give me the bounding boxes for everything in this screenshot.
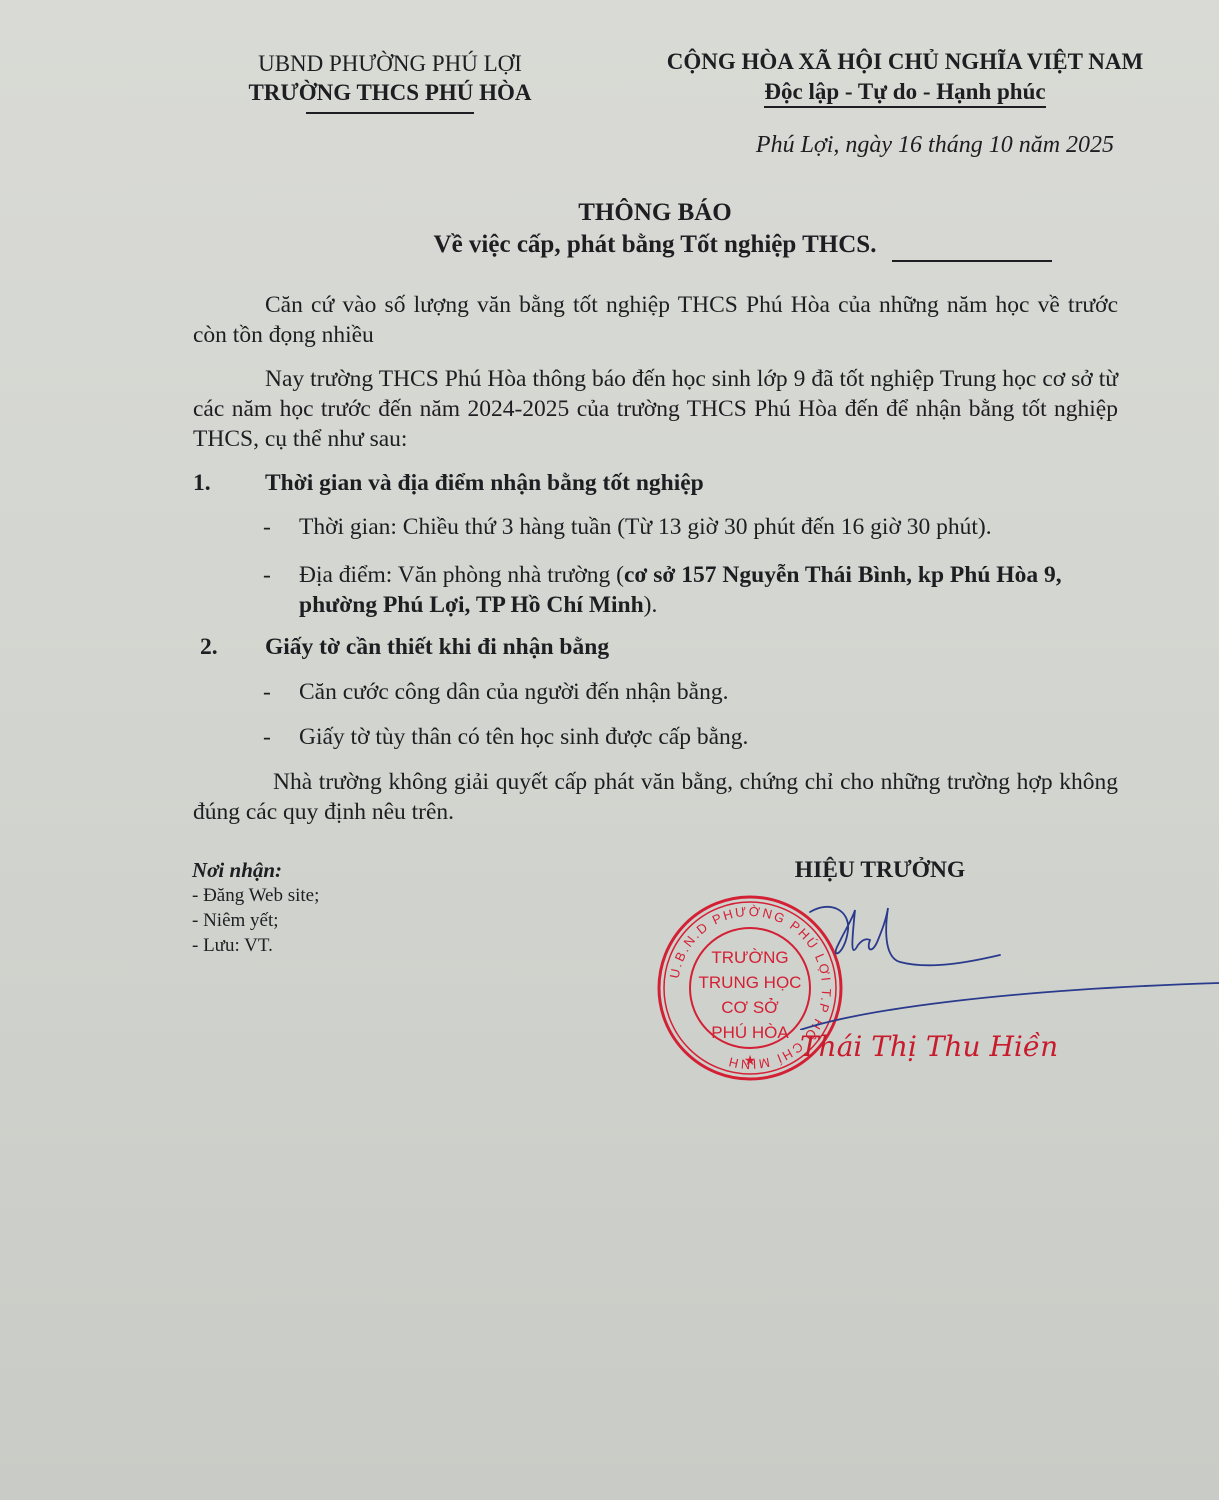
section-2-heading: 2.Giấy tờ cần thiết khi đi nhận bằng (200, 634, 609, 661)
school-name: TRƯỜNG THCS PHÚ HÒA (200, 78, 580, 108)
signer-name: Thái Thị Thu Hiền (800, 1030, 1058, 1063)
item-text: Địa điểm: Văn phòng nhà trường (cơ sở 15… (299, 560, 1123, 620)
dash-bullet: - (263, 560, 271, 590)
issuer-block: UBND PHƯỜNG PHÚ LỢI TRƯỜNG THCS PHÚ HÒA (200, 50, 580, 114)
signer-title: HIỆU TRƯỞNG (700, 857, 1060, 884)
document-title-block: THÔNG BÁO Về việc cấp, phát bằng Tốt ngh… (300, 197, 1010, 261)
paragraph-basis: Căn cứ vào số lượng văn bằng tốt nghiệp … (193, 290, 1118, 350)
section-1-heading: 1.Thời gian và địa điểm nhận bằng tốt ng… (193, 470, 704, 497)
national-header: CỘNG HÒA XÃ HỘI CHỦ NGHĨA VIỆT NAM Độc l… (640, 48, 1170, 108)
issuing-authority: UBND PHƯỜNG PHÚ LỢI (200, 50, 580, 78)
place-date: Phú Lợi, ngày 16 tháng 10 năm 2025 (640, 132, 1170, 159)
svg-text:PHÚ HÒA: PHÚ HÒA (711, 1023, 789, 1042)
item-text: Căn cước công dân của người đến nhận bằn… (299, 677, 1123, 707)
recipients-heading: Nơi nhận: (192, 858, 319, 883)
svg-text:★: ★ (744, 1054, 757, 1069)
section-title: Giấy tờ cần thiết khi đi nhận bằng (265, 634, 609, 660)
dash-bullet: - (263, 512, 271, 542)
item-text: Giấy tờ tùy thân có tên học sinh được cấ… (299, 722, 1123, 752)
location-label: Địa điểm: Văn phòng nhà trường ( (299, 562, 624, 588)
recipient-item: - Đăng Web site; (192, 883, 319, 908)
recipients-block: Nơi nhận: - Đăng Web site; - Niêm yết; -… (192, 858, 319, 958)
svg-text:TRUNG HỌC: TRUNG HỌC (699, 973, 802, 992)
paragraph-announcement: Nay trường THCS Phú Hòa thông báo đến họ… (193, 364, 1118, 454)
dash-bullet: - (263, 722, 271, 752)
list-item: - Địa điểm: Văn phòng nhà trường (cơ sở … (263, 560, 1123, 622)
document-title: THÔNG BÁO (300, 197, 1010, 229)
national-motto: Độc lập - Tự do - Hạnh phúc (764, 79, 1045, 108)
dash-bullet: - (263, 677, 271, 707)
section-title: Thời gian và địa điểm nhận bằng tốt nghi… (265, 470, 704, 496)
document-page: UBND PHƯỜNG PHÚ LỢI TRƯỜNG THCS PHÚ HÒA … (0, 0, 1219, 1500)
paragraph-closing: Nhà trường không giải quyết cấp phát văn… (193, 767, 1118, 827)
location-close: ). (644, 592, 658, 618)
section-number: 2. (200, 634, 265, 661)
document-subject: Về việc cấp, phát bằng Tốt nghiệp THCS. (300, 229, 1010, 261)
item-text: Thời gian: Chiều thứ 3 hàng tuần (Từ 13 … (299, 512, 1123, 542)
handwritten-signature-icon (800, 900, 1219, 1030)
recipient-item: - Lưu: VT. (192, 933, 319, 958)
svg-text:CƠ SỞ: CƠ SỞ (721, 998, 779, 1017)
nation-name: CỘNG HÒA XÃ HỘI CHỦ NGHĨA VIỆT NAM (640, 48, 1170, 76)
recipient-item: - Niêm yết; (192, 908, 319, 933)
svg-text:TRƯỜNG: TRƯỜNG (711, 948, 788, 967)
section-number: 1. (193, 470, 265, 497)
issuer-underline (306, 112, 474, 114)
subject-underline (892, 260, 1052, 262)
